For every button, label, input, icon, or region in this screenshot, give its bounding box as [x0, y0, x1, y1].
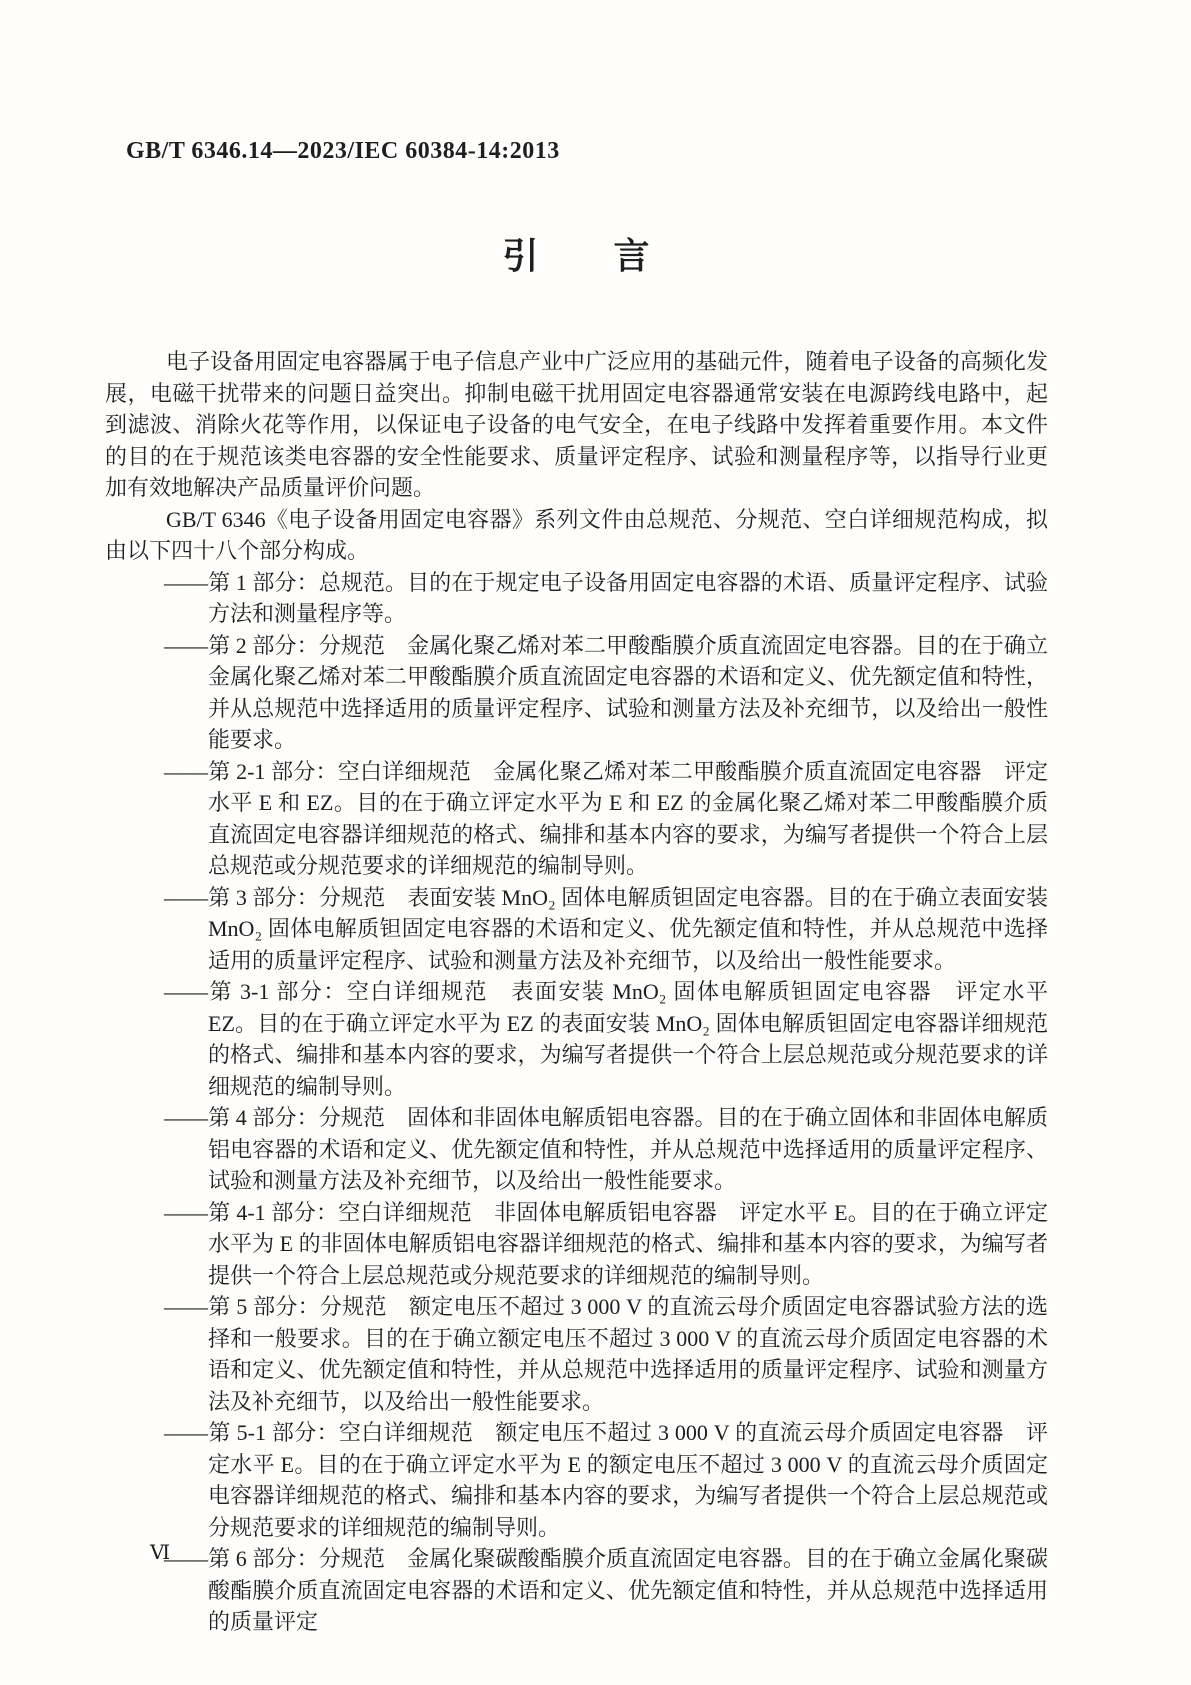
series-part-item-3: ——第 3 部分：分规范 表面安装 MnO₂ 固体电解质钽固定电容器。目的在于确…: [208, 882, 1048, 977]
page-number: Ⅵ: [150, 1541, 170, 1565]
series-part-item-4-1: ——第 4-1 部分：空白详细规范 非固体电解质铝电容器 评定水平 E。目的在于…: [208, 1197, 1048, 1292]
series-part-item-1: ——第 1 部分：总规范。目的在于规定电子设备用固定电容器的术语、质量评定程序、…: [208, 567, 1048, 630]
page-title: 引 言: [105, 234, 1048, 278]
series-part-item-6: ——第 6 部分：分规范 金属化聚碳酸酯膜介质直流固定电容器。目的在于确立金属化…: [208, 1543, 1048, 1638]
intro-paragraph-2: GB/T 6346《电子设备用固定电容器》系列文件由总规范、分规范、空白详细规范…: [105, 504, 1048, 567]
document-page: GB/T 6346.14—2023/IEC 60384-14:2013 引 言 …: [0, 0, 1191, 1685]
intro-paragraph-1: 电子设备用固定电容器属于电子信息产业中广泛应用的基础元件，随着电子设备的高频化发…: [105, 346, 1048, 504]
series-part-item-2-1: ——第 2-1 部分：空白详细规范 金属化聚乙烯对苯二甲酸酯膜介质直流固定电容器…: [208, 756, 1048, 882]
series-part-item-3-1: ——第 3-1 部分：空白详细规范 表面安装 MnO₂ 固体电解质钽固定电容器 …: [208, 976, 1048, 1102]
standard-number-header: GB/T 6346.14—2023/IEC 60384-14:2013: [126, 138, 560, 165]
body-text-block: 电子设备用固定电容器属于电子信息产业中广泛应用的基础元件，随着电子设备的高频化发…: [105, 346, 1048, 1638]
series-part-item-4: ——第 4 部分：分规范 固体和非固体电解质铝电容器。目的在于确立固体和非固体电…: [208, 1102, 1048, 1197]
series-part-item-5: ——第 5 部分：分规范 额定电压不超过 3 000 V 的直流云母介质固定电容…: [208, 1291, 1048, 1417]
series-part-item-5-1: ——第 5-1 部分：空白详细规范 额定电压不超过 3 000 V 的直流云母介…: [208, 1417, 1048, 1543]
series-part-item-2: ——第 2 部分：分规范 金属化聚乙烯对苯二甲酸酯膜介质直流固定电容器。目的在于…: [208, 630, 1048, 756]
